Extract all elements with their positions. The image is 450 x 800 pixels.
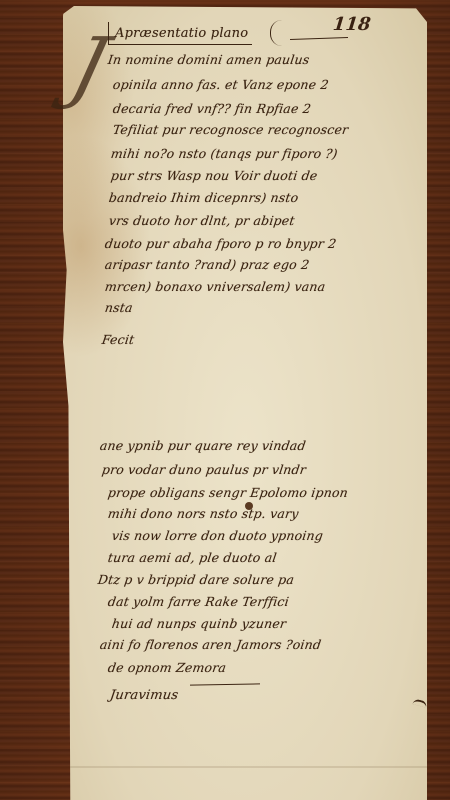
text-line: Tefiliat pur recognosce recognoscer: [112, 122, 349, 137]
text-line: nsta: [104, 300, 134, 315]
text-line: tura aemi ad, ple duoto al: [107, 550, 278, 565]
text-line: prope obligans sengr Epolomo ipnon: [107, 485, 349, 500]
text-line: duoto pur abaha fporo p ro bnypr 2: [104, 236, 337, 251]
text-line: mihi no?o nsto (tanqs pur fiporo ?): [110, 146, 339, 161]
text-line: pur strs Wasp nou Voir duoti de: [110, 168, 319, 183]
text-line: decaria fred vnf?? fin Rpfiae 2: [112, 101, 312, 116]
text-line: ane ypnib pur quare rey vindad: [99, 438, 307, 453]
text-line: aini fo florenos aren Jamors ?oind: [99, 637, 322, 652]
text-line: Dtz p v brippid dare solure pa: [97, 572, 295, 587]
text-line: vis now lorre don duoto ypnoing: [111, 528, 324, 543]
text-line: opinila anno fas. et Vanz epone 2: [112, 77, 330, 92]
bracket-flourish: [270, 20, 285, 46]
heading-box: Apræsentatio plano: [108, 22, 252, 45]
text-line: pro vodar duno paulus pr vlndr: [101, 462, 307, 477]
folio-number: 118: [332, 14, 372, 35]
document-heading: Apræsentatio plano: [115, 26, 248, 41]
text-line: bandreio Ihim dicepnrs) nsto: [108, 190, 300, 205]
text-line: vrs duoto hor dlnt, pr abipet: [108, 213, 296, 228]
text-line: aripasr tanto ?rand) praz ego 2: [104, 257, 310, 272]
text-line: mrcen) bonaxo vniversalem) vana: [104, 279, 327, 294]
closing-word: Fecit: [101, 332, 136, 347]
paper-fold-crease: [63, 766, 427, 768]
text-line: dat yolm farre Rake Terffici: [107, 594, 290, 609]
text-line: hui ad nunps quinb yzuner: [111, 616, 287, 631]
text-line: In nomine domini amen paulus: [107, 52, 311, 67]
ink-blot: [245, 502, 253, 510]
text-line: de opnom Zemora: [107, 660, 227, 675]
text-line: mihi dono nors nsto stp. vary: [107, 506, 300, 521]
signature: Juravimus: [109, 688, 179, 703]
